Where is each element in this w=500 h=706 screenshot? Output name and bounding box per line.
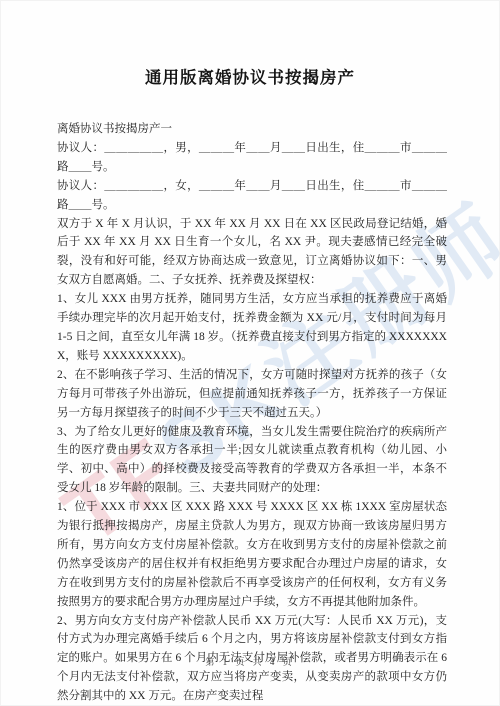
- document-title: 通用版离婚协议书按揭房产: [0, 64, 500, 88]
- document-page: TFSK注册师 通用版离婚协议书按揭房产 离婚协议书按揭房产一 协议人：＿＿＿＿…: [0, 0, 500, 706]
- property-clause-1: 1、位于 XXX 市 XXX 区 XXX 路 XXX 号 XXXX 区 XX 栋…: [57, 498, 447, 611]
- education-medical-clause-3: 3、为了给女儿更好的健康及教育环境，当女儿发生需要住院治疗的疾病所产生的医疗费由…: [57, 423, 447, 499]
- party-b-line: 协议人：＿＿＿＿＿，女，＿＿＿年＿＿月＿＿日出生，住＿＿＿市＿＿＿路＿＿号。: [57, 177, 447, 215]
- preamble-paragraph: 双方于 X 年 X 月认识，于 XX 年 XX 月 XX 日在 XX 区民政局登…: [57, 215, 447, 291]
- page-footer: 第 1 页 共 4 页: [0, 655, 500, 668]
- child-support-clause-1: 1、女儿 XXX 由男方抚养，随同男方生活，女方应当承担的抚养费应于离婚手续办理…: [57, 290, 447, 366]
- party-a-line: 协议人：＿＿＿＿＿，男，＿＿＿年＿＿月＿＿日出生，住＿＿＿市＿＿＿路＿＿号。: [57, 139, 447, 177]
- doc-subtitle-line: 离婚协议书按揭房产一: [57, 120, 447, 139]
- visitation-clause-2: 2、在不影响孩子学习、生活的情况下，女方可随时探望对方抚养的孩子（女方每月可带孩…: [57, 366, 447, 423]
- document-body: 离婚协议书按揭房产一 协议人：＿＿＿＿＿，男，＿＿＿年＿＿月＿＿日出生，住＿＿＿…: [57, 120, 447, 706]
